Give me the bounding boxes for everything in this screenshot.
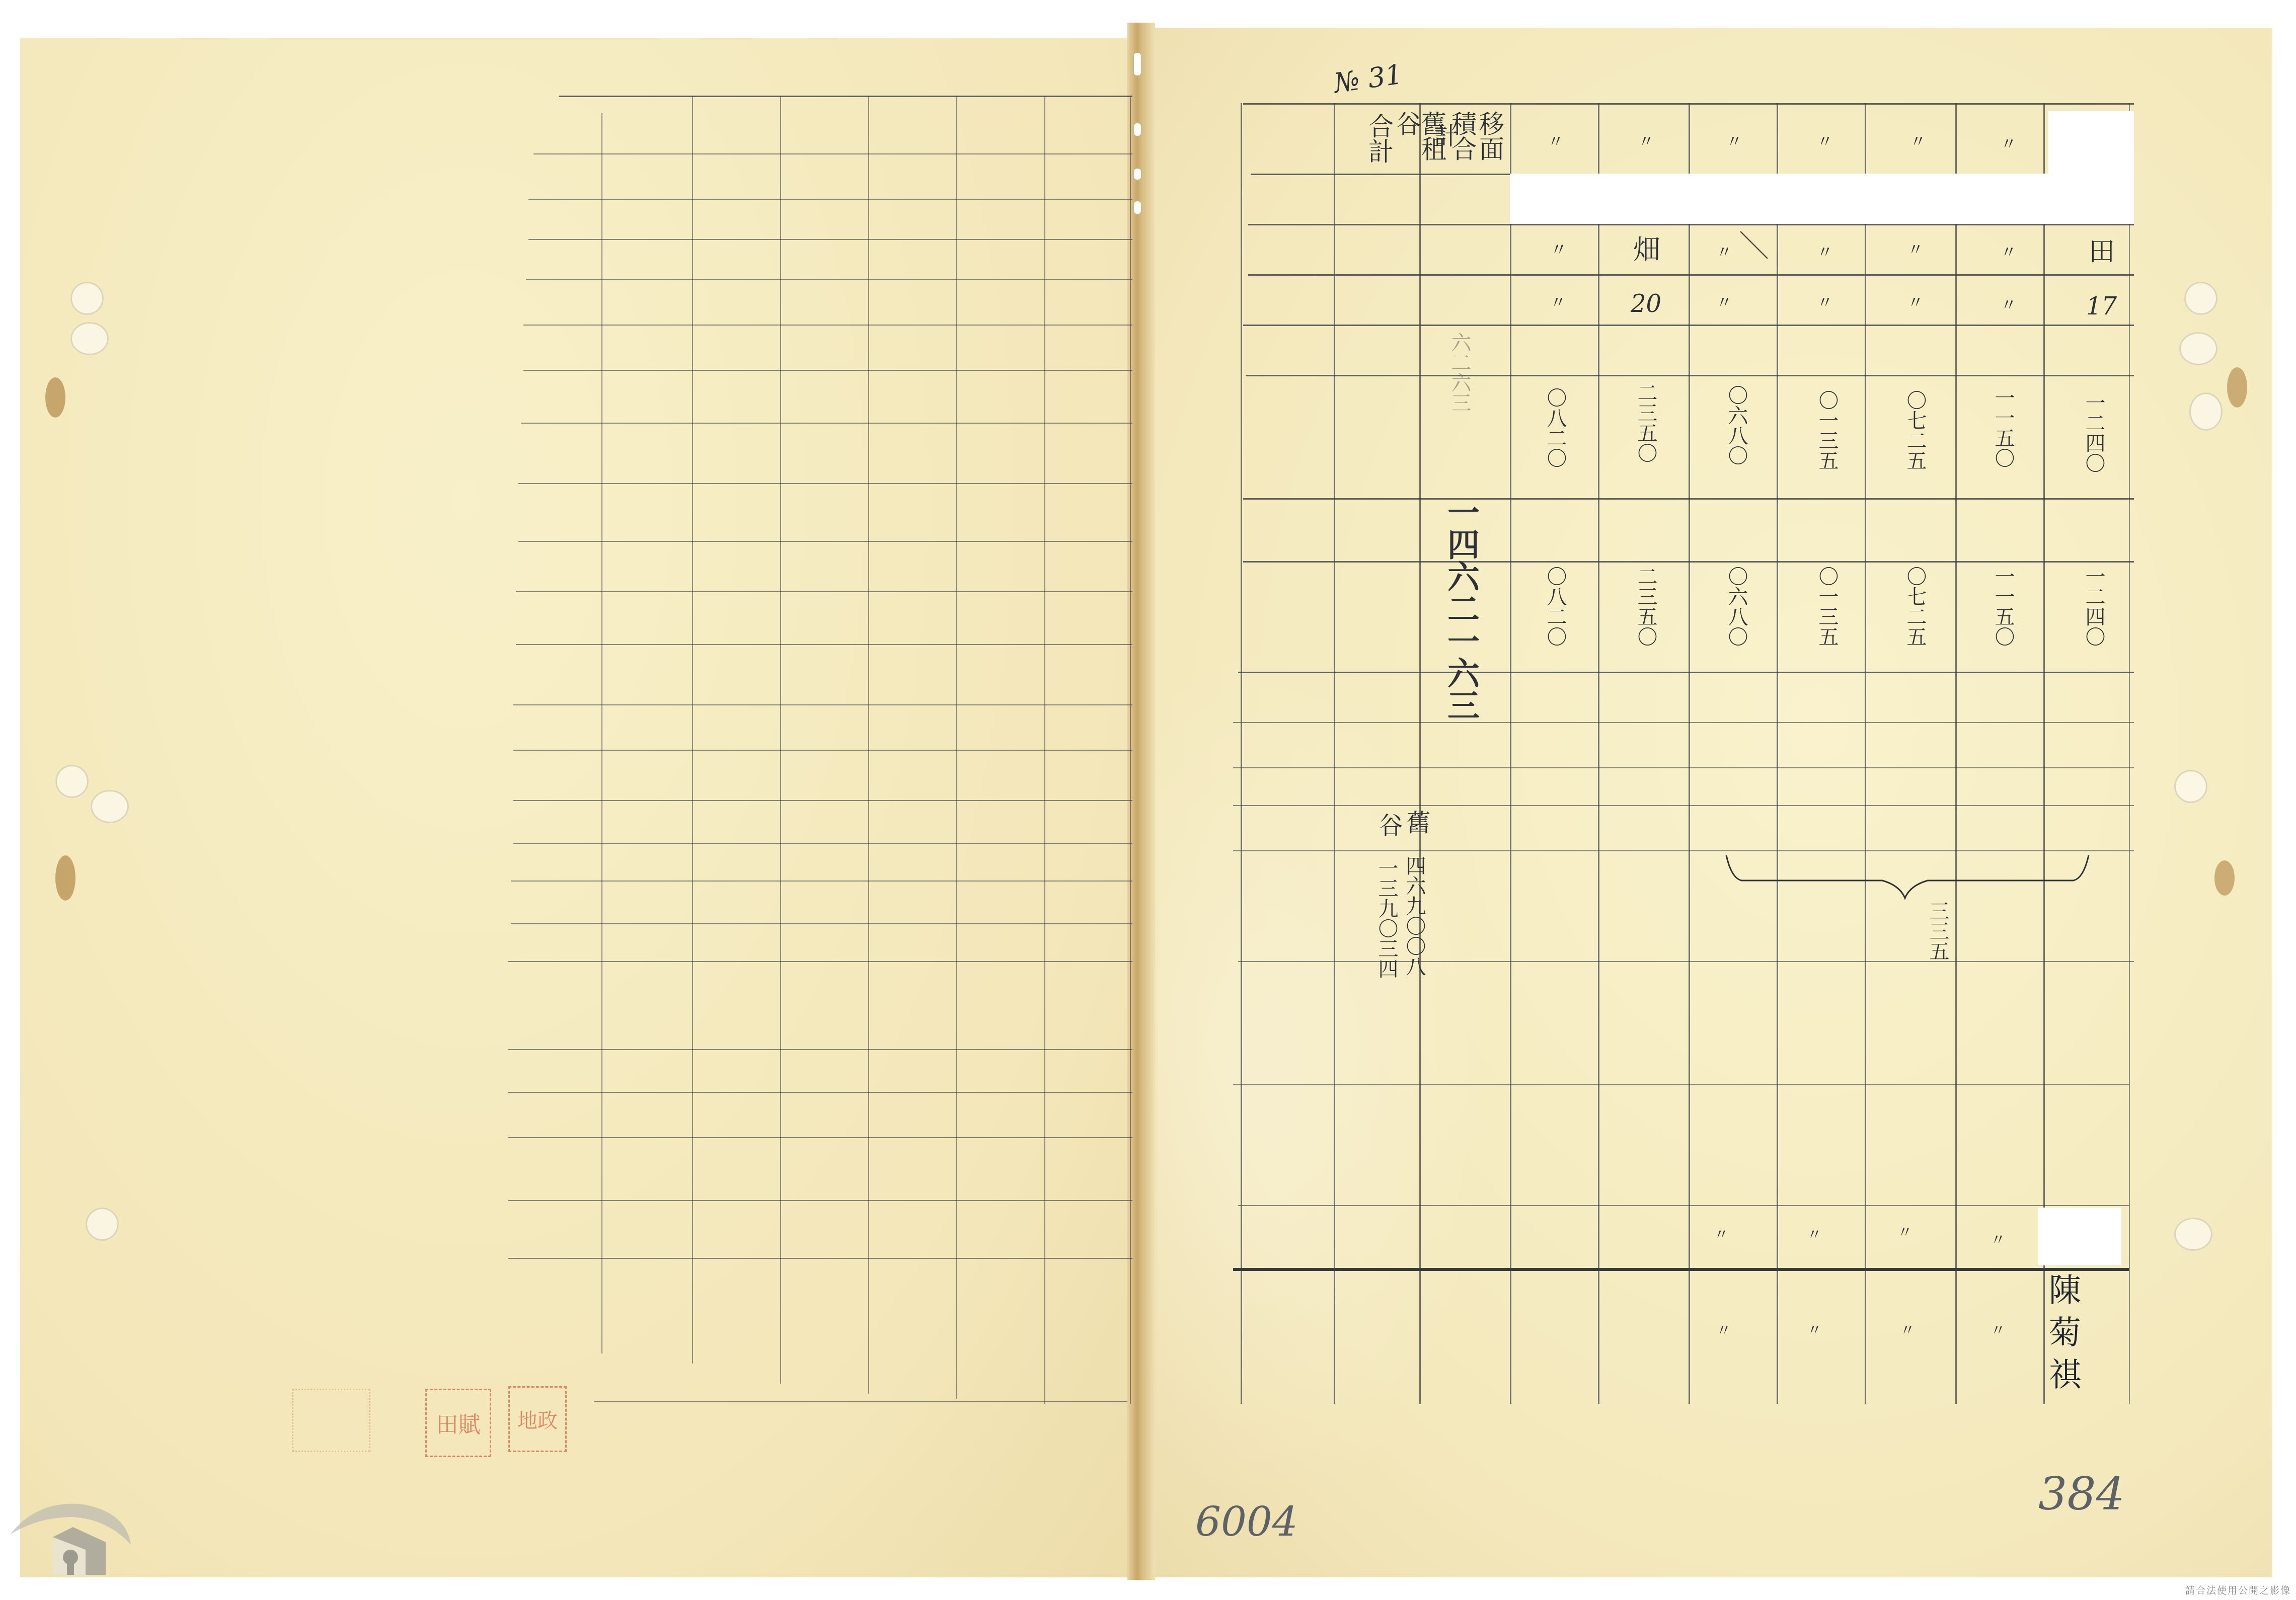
grid-line [1233, 722, 2134, 723]
ditto-mark: 〃 [1638, 133, 1654, 149]
area-value: 〇七二五 [1905, 390, 1925, 470]
grid-line [1044, 96, 1045, 1404]
seal-text: 田賦 [436, 1407, 481, 1439]
grid-line [1233, 767, 2134, 768]
grid-line [518, 483, 1132, 484]
ditto-mark: 〃 [2001, 297, 2017, 313]
ditto-mark: 〃 [1910, 133, 1926, 149]
grid-line [1334, 103, 1335, 1404]
grid-line [521, 423, 1132, 424]
binding-hole [1134, 123, 1141, 136]
grid-line [1233, 1084, 2129, 1085]
cross-out-mark: ＼ [1739, 231, 1769, 262]
grid-line [511, 923, 1132, 924]
rust-stain [55, 855, 75, 901]
grid-line [594, 1401, 1127, 1402]
owner-signature: 陳菊祺 [2046, 1273, 2078, 1400]
punch-hole [2184, 282, 2217, 315]
grid-line [1689, 103, 1690, 1404]
seal-stamp: 地政 [508, 1386, 567, 1452]
ditto-mark: 〃 [2001, 136, 2017, 152]
punch-hole [2174, 770, 2207, 803]
ditto-mark: 〃 [1897, 1225, 1912, 1240]
land-type-dry-field: 畑 [1633, 236, 1660, 264]
grid-line [523, 370, 1132, 371]
ditto-mark: 〃 [1716, 1323, 1731, 1338]
grid-line [868, 96, 869, 1394]
area-value: 〇七二五 [1905, 566, 1925, 647]
ditto-mark: 〃 [1550, 242, 1567, 259]
grid-line [513, 843, 1132, 844]
grid-line [528, 199, 1132, 200]
ditto-mark: 〃 [1907, 294, 1924, 310]
area-value: 一一五〇 [1993, 566, 2013, 647]
archive-logo-icon [8, 1489, 138, 1575]
grid-line [1955, 103, 1957, 1404]
grade-value: 20 [1631, 292, 1661, 316]
ditto-mark: 〃 [1817, 133, 1833, 149]
binding-hole [1134, 53, 1141, 75]
grid-line [513, 704, 1132, 705]
ditto-mark: 〃 [1900, 1323, 1915, 1338]
rust-stain [2214, 860, 2235, 896]
ditto-mark: 〃 [1907, 242, 1924, 258]
grid-line [513, 800, 1132, 801]
grid-line [1248, 224, 2134, 225]
grid-line [601, 113, 602, 1353]
grid-line [780, 96, 781, 1384]
grid-line [511, 881, 1132, 882]
area-value: 二三五〇 [1636, 566, 1656, 647]
grid-line [1865, 103, 1866, 1404]
redaction-box [2048, 111, 2134, 176]
grid-line [1238, 672, 2134, 673]
redaction-box [2038, 1208, 2121, 1265]
area-value: 一二四〇 [2084, 392, 2104, 473]
punch-hole [2179, 332, 2217, 365]
rent-label: 舊 [1404, 810, 1428, 834]
faded-seal [292, 1389, 370, 1452]
grid-line [1598, 103, 1599, 1404]
ditto-mark: 〃 [1807, 1228, 1822, 1243]
grid-line [516, 644, 1132, 645]
punch-hole [2174, 1218, 2212, 1251]
grid-line [956, 96, 957, 1399]
pencil-number: 6004 [1195, 1502, 1298, 1542]
grid-line [1238, 1205, 2129, 1206]
grid-line [1510, 103, 1511, 1404]
area-value: 〇八二〇 [1545, 566, 1565, 647]
grid-line [523, 325, 1132, 326]
ditto-mark: 〃 [1817, 294, 1833, 310]
grid-line [513, 750, 1132, 751]
area-value: 一一五〇 [1993, 387, 2013, 468]
seal-stamp: 田賦 [425, 1389, 491, 1457]
grid-line [692, 96, 693, 1364]
rent-value: 一三九〇三四 [1376, 858, 1397, 979]
punch-hole [86, 1208, 119, 1241]
bracket-value: 三三五 [1928, 901, 1948, 961]
area-value: 〇六八〇 [1726, 385, 1746, 465]
grid-line [1233, 805, 2134, 806]
header-area-2: 移面 [1477, 111, 1502, 171]
grid-line [533, 153, 1132, 154]
rust-stain [2227, 367, 2247, 408]
left-page [20, 38, 1135, 1577]
area-value: 〇八二〇 [1545, 387, 1565, 468]
rust-stain [45, 377, 65, 418]
ditto-mark: 〃 [1991, 1323, 2006, 1338]
land-type-paddy: 田 [2089, 239, 2115, 265]
grid-line [2129, 103, 2130, 1404]
grid-line [559, 96, 1132, 97]
header-total: 合計 [1366, 113, 1392, 174]
grid-line [1777, 103, 1778, 1404]
binding-hole [1134, 169, 1141, 180]
grid-line [1419, 103, 1421, 1404]
binding-hole [1134, 201, 1141, 214]
ditto-mark: 〃 [2001, 244, 2017, 260]
area-value: 一二四〇 [2084, 566, 2104, 647]
ditto-mark: 〃 [1548, 133, 1564, 149]
ditto-mark: 〃 [1550, 294, 1566, 310]
redaction-box [1510, 174, 2134, 224]
punch-hole [70, 322, 109, 355]
area-value: 〇一三五 [1817, 390, 1837, 470]
grid-line [526, 279, 1132, 280]
punch-hole [70, 282, 104, 315]
grid-line-heavy [1233, 1268, 2129, 1271]
area-total-faded: 六二六三 [1449, 332, 1470, 413]
punch-hole [2189, 392, 2223, 431]
grid-line [528, 239, 1132, 240]
ditto-mark: 〃 [1807, 1323, 1822, 1338]
grid-line [516, 591, 1132, 592]
ditto-mark: 〃 [1716, 244, 1732, 260]
usage-notice: 請合法使用公開之影像 [2185, 1583, 2291, 1597]
punch-hole [55, 765, 89, 798]
book-spine [1127, 23, 1155, 1580]
seal-text: 地政 [517, 1405, 558, 1433]
ditto-mark: 〃 [1726, 133, 1742, 149]
brace-annotation [1721, 850, 2094, 911]
grid-line [1238, 961, 2134, 962]
ditto-mark: 〃 [1716, 294, 1732, 310]
page-number: 384 [2038, 1472, 2125, 1517]
ditto-mark: 〃 [1817, 244, 1833, 260]
grid-line [518, 541, 1132, 542]
ditto-mark: 〃 [1714, 1228, 1729, 1243]
rent-value: 四六九〇〇八 [1404, 855, 1424, 976]
area-value: 二三五〇 [1636, 382, 1656, 463]
ditto-mark: 〃 [1991, 1233, 2006, 1248]
area-value: 〇六八〇 [1726, 566, 1746, 647]
area-value: 〇一三五 [1817, 566, 1837, 647]
punch-hole [91, 790, 129, 823]
rent-label: 谷 [1376, 813, 1401, 837]
header-area: 積合 [1449, 111, 1475, 171]
grid-line [1241, 103, 1242, 1404]
grid-line [1130, 96, 1131, 1404]
grade-value: 17 [2086, 294, 2117, 318]
grid-line [1248, 274, 2134, 276]
area-total: 一四六二一六三 [1444, 496, 1477, 721]
